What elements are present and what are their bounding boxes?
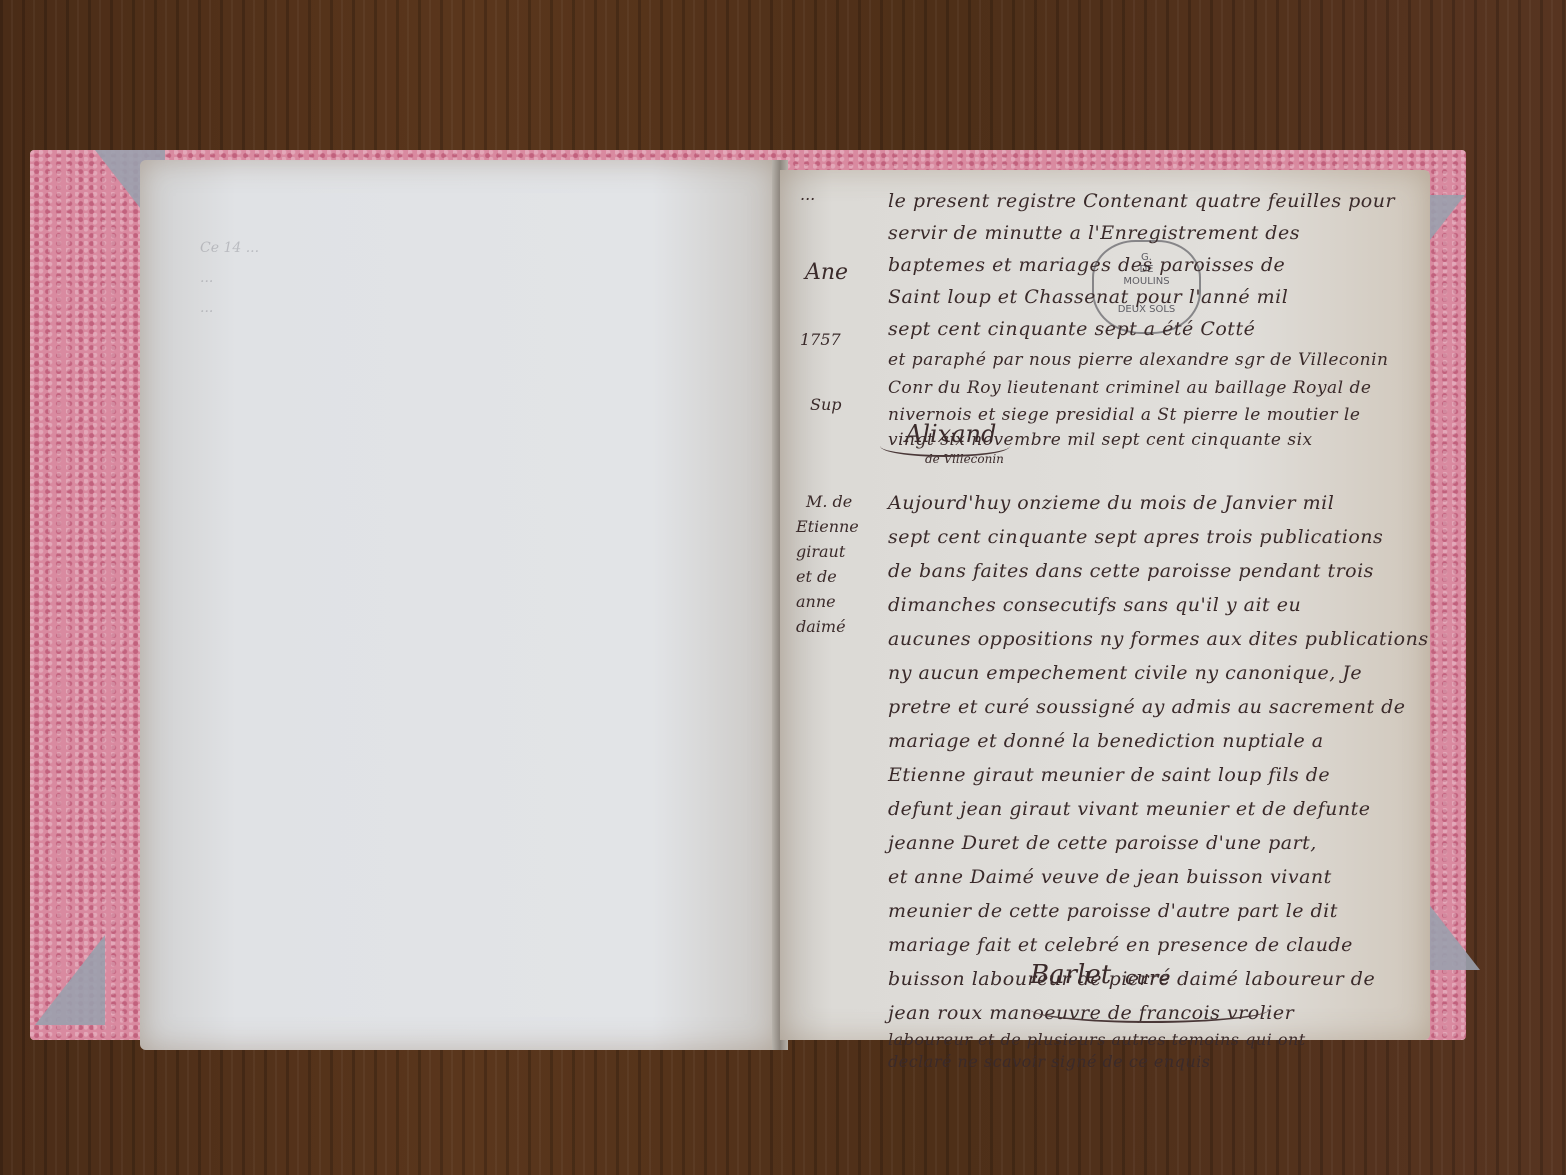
handwritten-line: Saint loup et Chassenat pour l'anné mil — [888, 286, 1288, 308]
handwritten-line: declaré ne scavoir signé de ce enquis — [888, 1052, 1211, 1071]
handwritten-line: sept cent cinquante sept a été Cotté — [888, 318, 1255, 340]
handwritten-line: laboureur et de plusieurs autres temoins… — [888, 1030, 1306, 1049]
left-page: Ce 14 ... ... ... — [140, 160, 780, 1050]
margin-note: daimé — [796, 617, 846, 636]
handwritten-line: meunier de cette paroisse d'autre part l… — [888, 900, 1338, 922]
margin-note: M. de — [806, 492, 852, 511]
margin-note: et de — [796, 567, 837, 586]
handwritten-line: jeanne Duret de cette paroisse d'une par… — [888, 832, 1317, 854]
handwritten-line: baptemes et mariages des paroisses de — [888, 254, 1285, 276]
handwritten-line: Etienne giraut meunier de saint loup fil… — [888, 764, 1330, 786]
margin-note: Sup — [810, 395, 842, 414]
margin-note: Ane — [805, 260, 848, 285]
signature-flourish — [880, 435, 1010, 457]
margin-note: giraut — [796, 542, 845, 561]
handwritten-line: sept cent cinquante sept apres trois pub… — [888, 526, 1383, 548]
handwritten-line: Conr du Roy lieutenant criminel au baill… — [888, 378, 1371, 398]
handwritten-line: le present registre Contenant quatre feu… — [888, 190, 1395, 212]
margin-note: 1757 — [800, 330, 841, 349]
handwritten-line: ny aucun empechement civile ny canonique… — [888, 662, 1362, 684]
handwritten-line: et paraphé par nous pierre alexandre sgr… — [888, 350, 1388, 370]
bleedthrough-text: ... — [200, 300, 213, 316]
priest-title: curé — [1125, 965, 1170, 989]
margin-note: Etienne — [796, 517, 859, 536]
signature-flourish — [1030, 995, 1270, 1023]
handwritten-line: Aujourd'huy onzieme du mois de Janvier m… — [888, 492, 1334, 514]
handwritten-line: de bans faites dans cette paroisse penda… — [888, 560, 1374, 582]
handwritten-line: defunt jean giraut vivant meunier et de … — [888, 798, 1371, 820]
handwritten-line: dimanches consecutifs sans qu'il y ait e… — [888, 594, 1301, 616]
bleedthrough-text: ... — [200, 270, 213, 286]
handwritten-line: mariage fait et celebré en presence de c… — [888, 934, 1353, 956]
handwritten-line: aucunes oppositions ny formes aux dites … — [888, 628, 1429, 650]
margin-note: anne — [796, 592, 836, 611]
handwritten-line: mariage et donné la benediction nuptiale… — [888, 730, 1324, 752]
priest-signature: Barlet — [1030, 960, 1111, 990]
handwritten-line: pretre et curé soussigné ay admis au sac… — [888, 696, 1406, 718]
handwritten-line: et anne Daimé veuve de jean buisson viva… — [888, 866, 1332, 888]
bleedthrough-text: Ce 14 ... — [200, 240, 259, 256]
handwritten-line: servir de minutte a l'Enregistrement des — [888, 222, 1300, 244]
margin-note: ... — [800, 185, 815, 204]
